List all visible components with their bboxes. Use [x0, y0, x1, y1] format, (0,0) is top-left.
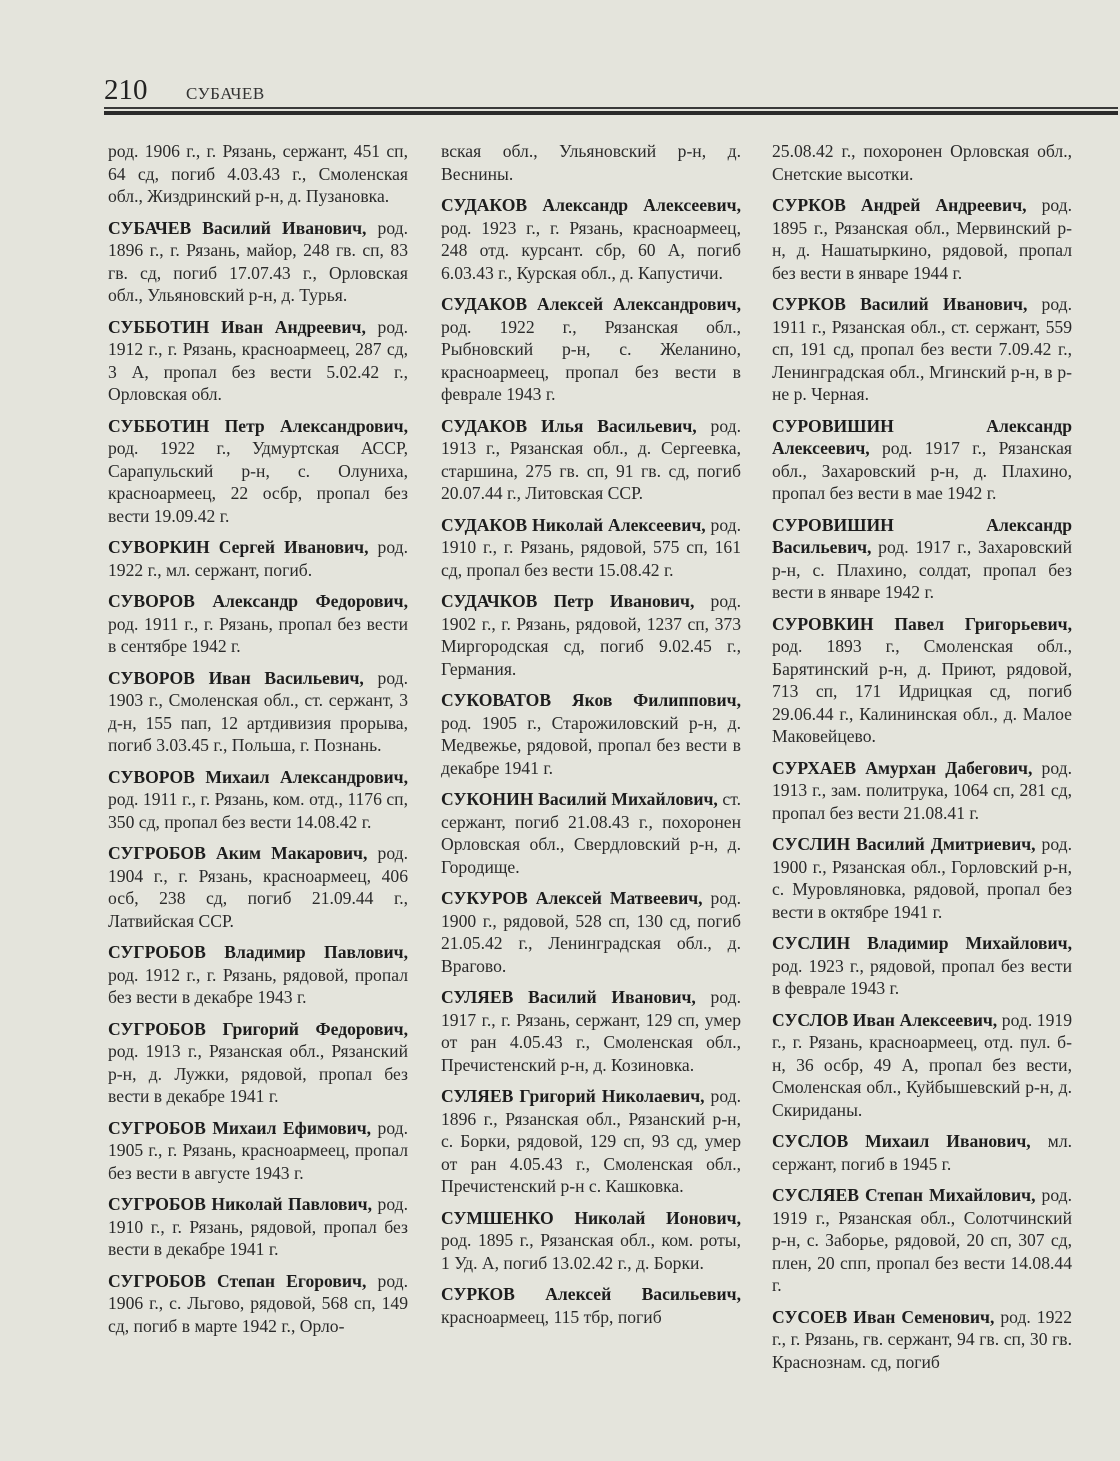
entry: СУГРОБОВ Степан Егорович, род. 1906 г., …	[108, 1270, 408, 1338]
entry: СУМШЕНКО Николай Ионович, род. 1895 г., …	[441, 1207, 741, 1275]
entry-name: СУСЛОВ Иван Алексеевич,	[772, 1010, 997, 1030]
entry: СУДАКОВ Александр Алексеевич, род. 1923 …	[441, 194, 741, 284]
entry: 25.08.42 г., похоронен Орловская обл., С…	[772, 140, 1072, 185]
entry-name: СУКОНИН Василий Михайлович,	[441, 789, 718, 809]
entry-text: род. 1893 г., Смоленская обл., Барятинск…	[772, 636, 1072, 746]
entry: СУКОНИН Василий Михайлович, ст. сержант,…	[441, 788, 741, 878]
entry: СУДАКОВ Николай Алексеевич, род. 1910 г.…	[441, 514, 741, 582]
entry: СУГРОБОВ Владимир Павлович, род. 1912 г.…	[108, 941, 408, 1009]
header-rule	[104, 107, 1118, 115]
entry: СУВОРОВ Михаил Александрович, род. 1911 …	[108, 766, 408, 834]
entry-name: СУСОЕВ Иван Семенович,	[772, 1307, 994, 1327]
entry: СУРОВКИН Павел Григорьевич, род. 1893 г.…	[772, 613, 1072, 748]
entry: род. 1906 г., г. Рязань, сержант, 451 сп…	[108, 140, 408, 208]
entry-name: СУСЛИН Василий Дмитриевич,	[772, 834, 1036, 854]
entry-text: род. 1912 г., г. Рязань, рядовой, пропал…	[108, 965, 408, 1008]
entry-name: СУВОРОВ Иван Васильевич,	[108, 668, 364, 688]
entry-name: СУКОВАТОВ Яков Филиппович,	[441, 690, 741, 710]
entry: СУРКОВ Алексей Васильевич, красноармеец,…	[441, 1283, 741, 1328]
entry: СУРКОВ Василий Иванович, род. 1911 г., Р…	[772, 293, 1072, 406]
entry: СУГРОБОВ Николай Павлович, род. 1910 г.,…	[108, 1193, 408, 1261]
entry-name: СУВОРОВ Александр Федорович,	[108, 591, 408, 611]
entry-text: род. 1923 г., рядовой, пропал без вести …	[772, 956, 1072, 999]
entry-name: СУМШЕНКО Николай Ионович,	[441, 1208, 741, 1228]
entry: СУДАЧКОВ Петр Иванович, род. 1902 г., г.…	[441, 590, 741, 680]
entry: СУРКОВ Андрей Андреевич, род. 1895 г., Р…	[772, 194, 1072, 284]
entry-name: СУРОВКИН Павел Григорьевич,	[772, 614, 1072, 634]
entry-name: СУДАКОВ Илья Васильевич,	[441, 416, 697, 436]
entry: СУСЛОВ Михаил Иванович, мл. сержант, пог…	[772, 1130, 1072, 1175]
entry: СУББОТИН Петр Александрович, род. 1922 г…	[108, 415, 408, 528]
entry: СУКУРОВ Алексей Матвеевич, род. 1900 г.,…	[441, 887, 741, 977]
entry-name: СУБАЧЕВ Василий Иванович,	[108, 218, 366, 238]
entry-text: вская обл., Ульяновский р-н, д. Веснины.	[441, 141, 741, 184]
entry: вская обл., Ульяновский р-н, д. Веснины.	[441, 140, 741, 185]
entry-name: СУГРОБОВ Аким Макарович,	[108, 843, 367, 863]
entry: СУСЛИН Василий Дмитриевич, род. 1900 г.,…	[772, 833, 1072, 923]
entry-name: СУГРОБОВ Степан Егорович,	[108, 1271, 366, 1291]
entry: СУГРОБОВ Аким Макарович, род. 1904 г., г…	[108, 842, 408, 932]
column-3: 25.08.42 г., похоронен Орловская обл., С…	[772, 140, 1072, 1382]
page-header: 210 СУБАЧЕВ	[104, 74, 1118, 114]
entry: СУРОВИШИН Александр Васильевич, род. 191…	[772, 514, 1072, 604]
entry-name: СУКУРОВ Алексей Матвеевич,	[441, 888, 703, 908]
entry-name: СУРХАЕВ Амурхан Дабегович,	[772, 758, 1032, 778]
column-2: вская обл., Ульяновский р-н, д. Веснины.…	[441, 140, 741, 1382]
entry-name: СУДАКОВ Алексей Александрович,	[441, 294, 741, 314]
entry-name: СУСЛОВ Михаил Иванович,	[772, 1131, 1031, 1151]
entry-name: СУЛЯЕВ Василий Иванович,	[441, 987, 696, 1007]
entry-name: СУББОТИН Иван Андреевич,	[108, 317, 366, 337]
entry: СУГРОБОВ Григорий Федорович, род. 1913 г…	[108, 1018, 408, 1108]
entry-name: СУДАКОВ Николай Алексеевич,	[441, 515, 706, 535]
entry-text: красноармеец, 115 тбр, погиб	[441, 1307, 662, 1327]
entry: СУДАКОВ Алексей Александрович, род. 1922…	[441, 293, 741, 406]
entry: СУВОРОВ Александр Федорович, род. 1911 г…	[108, 590, 408, 658]
entry: СУЛЯЕВ Григорий Николаевич, род. 1896 г.…	[441, 1085, 741, 1198]
entry-text: род. 1895 г., Рязанская обл., ком. роты,…	[441, 1230, 741, 1273]
entry: СУГРОБОВ Михаил Ефимович, род. 1905 г., …	[108, 1117, 408, 1185]
entry: СУСЛИН Владимир Михайлович, род. 1923 г.…	[772, 932, 1072, 1000]
entry-text: 25.08.42 г., похоронен Орловская обл., С…	[772, 141, 1072, 184]
entry-name: СУРКОВ Алексей Васильевич,	[441, 1284, 741, 1304]
text-columns: род. 1906 г., г. Рязань, сержант, 451 сп…	[108, 140, 1072, 1382]
entry-name: СУГРОБОВ Николай Павлович,	[108, 1194, 372, 1214]
column-1: род. 1906 г., г. Рязань, сержант, 451 сп…	[108, 140, 408, 1382]
entry: СУСЛЯЕВ Степан Михайлович, род. 1919 г.,…	[772, 1184, 1072, 1297]
entry-name: СУВОРОВ Михаил Александрович,	[108, 767, 408, 787]
entry-name: СУГРОБОВ Михаил Ефимович,	[108, 1118, 371, 1138]
entry: СУСЛОВ Иван Алексеевич, род. 1919 г., г.…	[772, 1009, 1072, 1122]
running-head: СУБАЧЕВ	[186, 84, 265, 104]
entry-name: СУДАЧКОВ Петр Иванович,	[441, 591, 694, 611]
entry: СУСОЕВ Иван Семенович, род. 1922 г., г. …	[772, 1306, 1072, 1374]
entry-text: род. 1911 г., г. Рязань, пропал без вест…	[108, 614, 408, 657]
entry-name: СУСЛЯЕВ Степан Михайлович,	[772, 1185, 1035, 1205]
entry-name: СУЛЯЕВ Григорий Николаевич,	[441, 1086, 705, 1106]
entry: СУВОРКИН Сергей Иванович, род. 1922 г., …	[108, 536, 408, 581]
entry-name: СУВОРКИН Сергей Иванович,	[108, 537, 368, 557]
entry: СУДАКОВ Илья Васильевич, род. 1913 г., Р…	[441, 415, 741, 505]
entry: СУКОВАТОВ Яков Филиппович, род. 1905 г.,…	[441, 689, 741, 779]
entry-name: СУГРОБОВ Григорий Федорович,	[108, 1019, 408, 1039]
page-number: 210	[104, 74, 148, 106]
entry-name: СУГРОБОВ Владимир Павлович,	[108, 942, 408, 962]
entry: СУРОВИШИН Александр Алексеевич, род. 191…	[772, 415, 1072, 505]
entry-text: род. 1905 г., Старожиловский р-н, д. Мед…	[441, 713, 741, 778]
entry-text: род. 1922 г., Рязанская обл., Рыбновский…	[441, 317, 741, 405]
entry-name: СУСЛИН Владимир Михайлович,	[772, 933, 1072, 953]
entry-text: род. 1922 г., Удмуртская АССР, Сарапульс…	[108, 438, 408, 526]
entry-text: род. 1906 г., г. Рязань, сержант, 451 сп…	[108, 141, 408, 206]
entry: СУБАЧЕВ Василий Иванович, род. 1896 г., …	[108, 217, 408, 307]
entry-name: СУРКОВ Василий Иванович,	[772, 294, 1027, 314]
entry: СУРХАЕВ Амурхан Дабегович, род. 1913 г.,…	[772, 757, 1072, 825]
entry-text: род. 1923 г., г. Рязань, красноармеец, 2…	[441, 218, 741, 283]
entry-name: СУРКОВ Андрей Андреевич,	[772, 195, 1027, 215]
entry: СУЛЯЕВ Василий Иванович, род. 1917 г., г…	[441, 986, 741, 1076]
entry-text: род. 1913 г., Рязанская обл., Рязанский …	[108, 1041, 408, 1106]
entry-text: род. 1911 г., г. Рязань, ком. отд., 1176…	[108, 789, 408, 832]
entry-name: СУББОТИН Петр Александрович,	[108, 416, 408, 436]
entry: СУББОТИН Иван Андреевич, род. 1912 г., г…	[108, 316, 408, 406]
entry-name: СУДАКОВ Александр Алексеевич,	[441, 195, 741, 215]
entry: СУВОРОВ Иван Васильевич, род. 1903 г., С…	[108, 667, 408, 757]
